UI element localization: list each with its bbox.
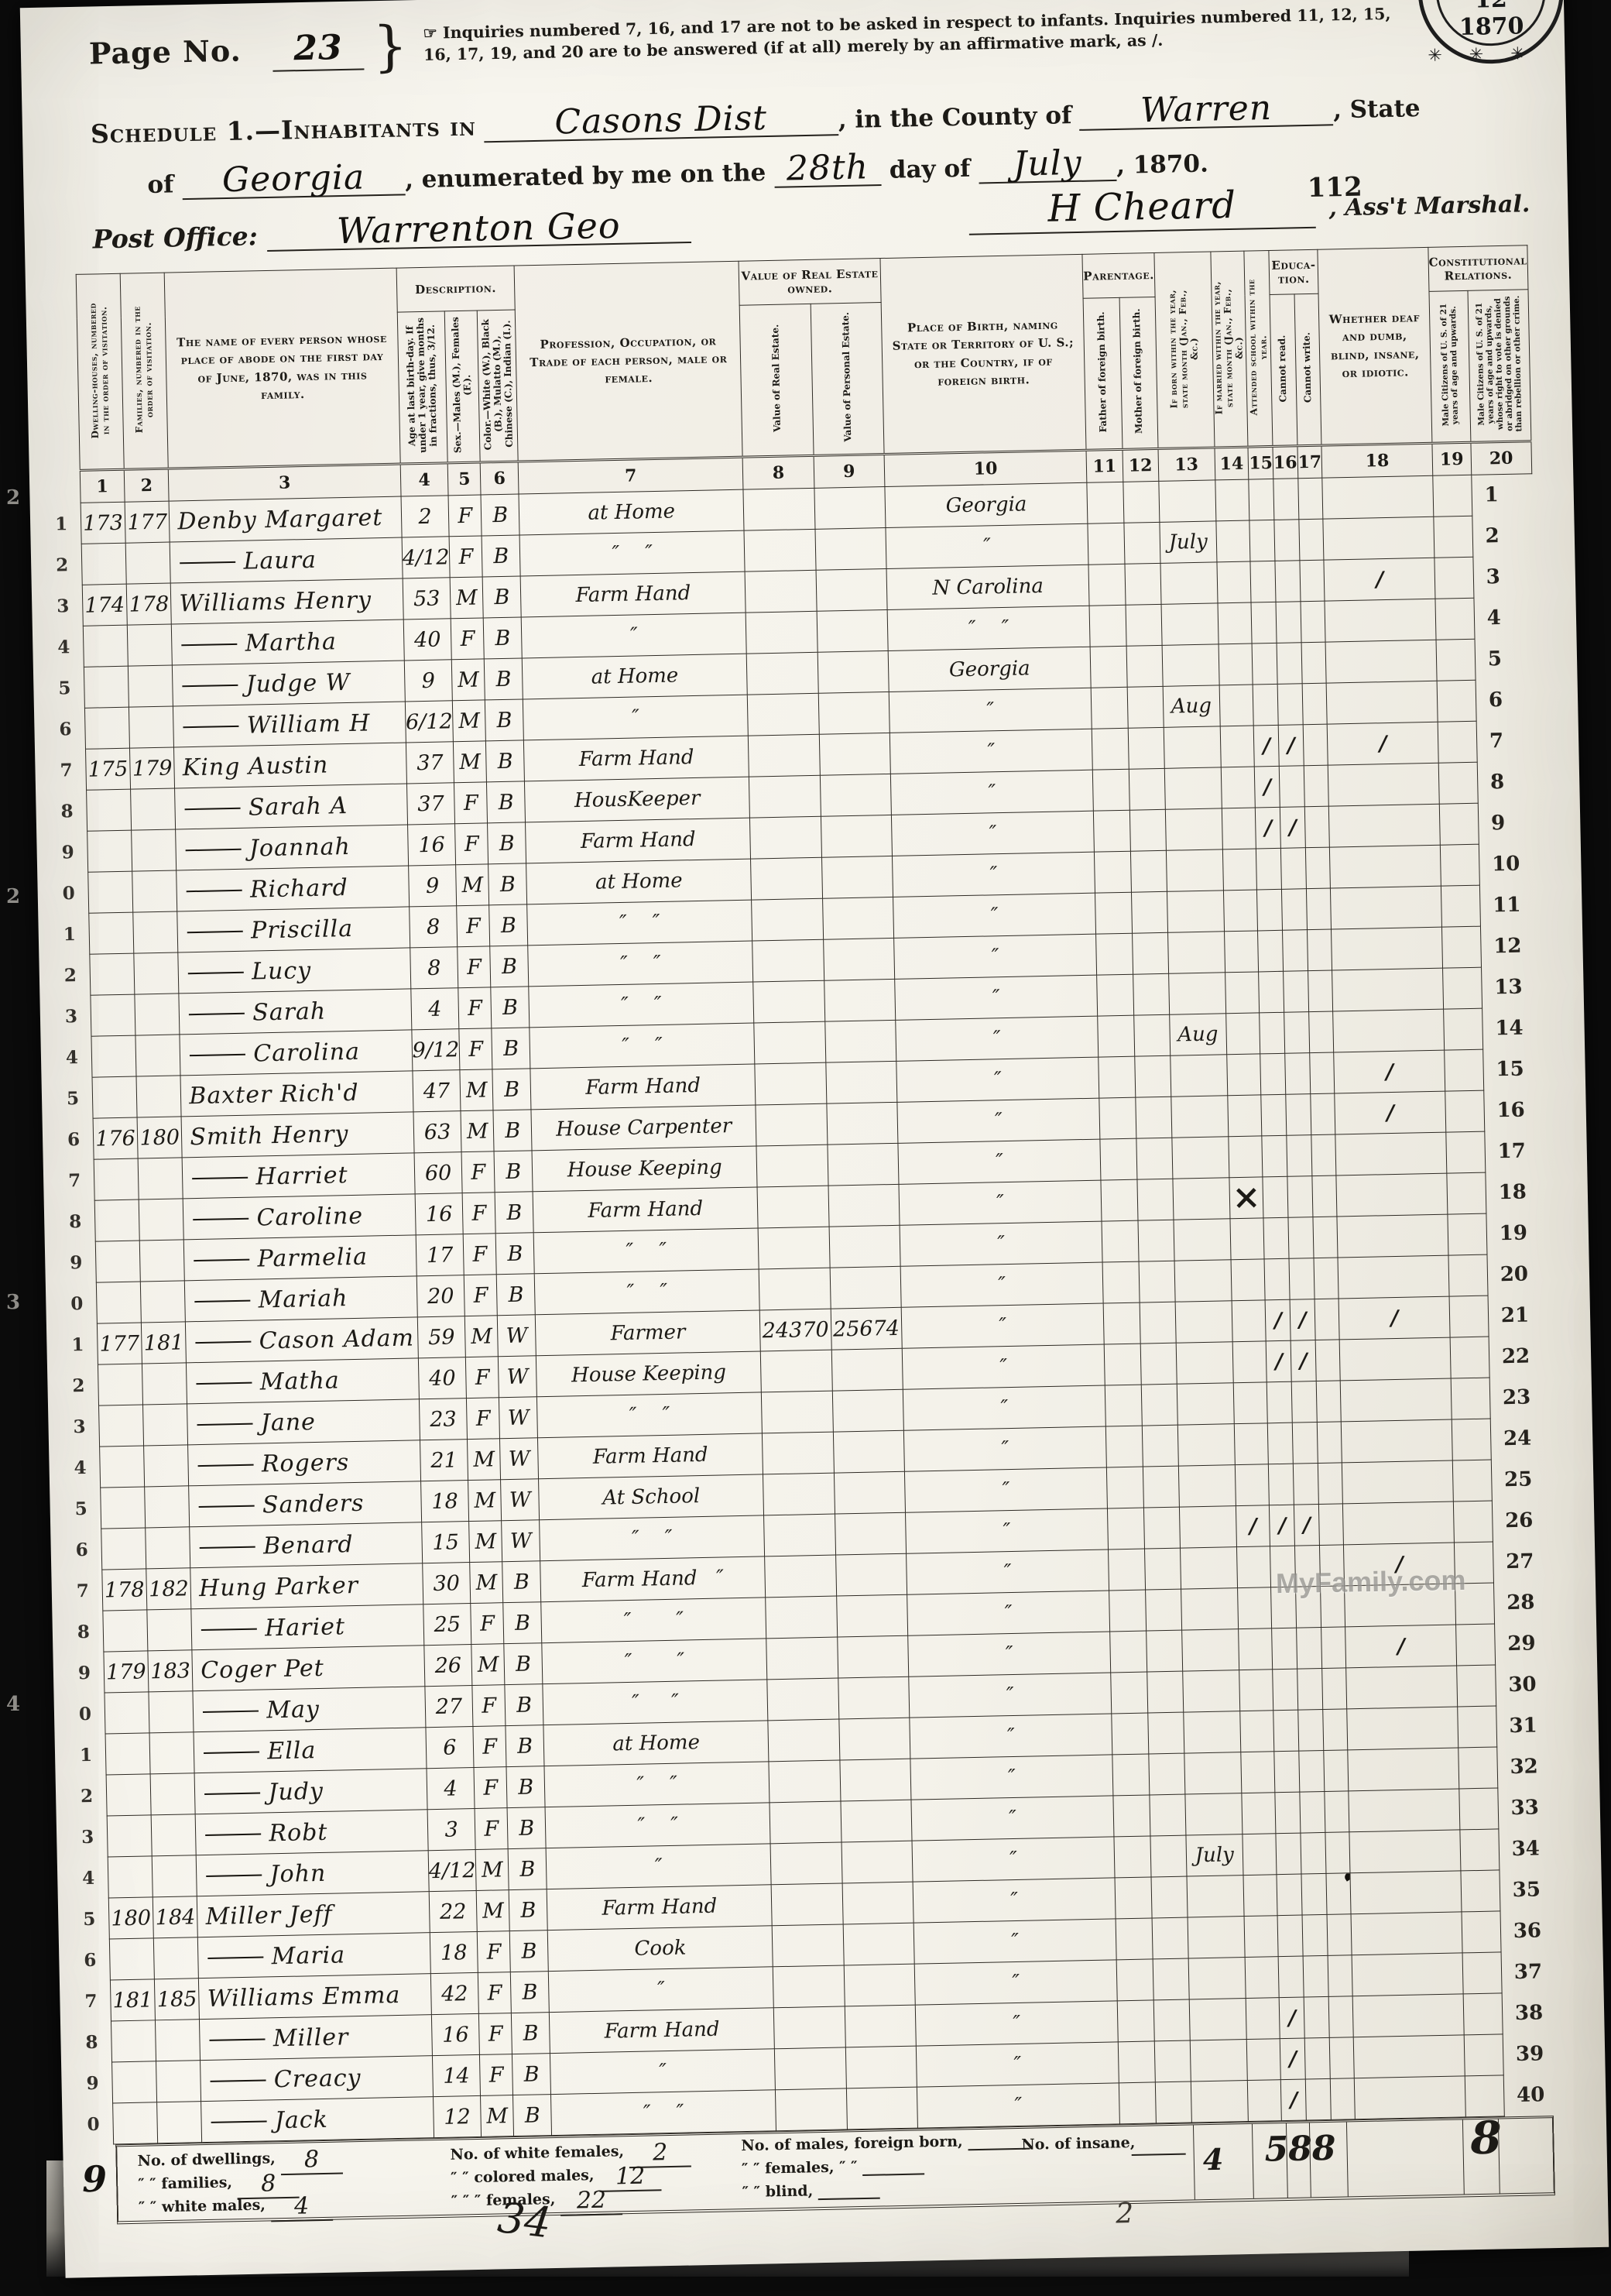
birthplace: ″ (900, 1221, 1102, 1266)
color: B (490, 946, 529, 987)
personal-estate-value (829, 1225, 900, 1268)
column-heading: Male Citizens of U. S. of 21 years of ag… (1475, 293, 1524, 434)
mother-foreign (1129, 809, 1166, 851)
row-number-right: 11 (1479, 884, 1541, 927)
name-cell: Hariet (191, 1604, 423, 1650)
vote-denied-cell (1449, 1296, 1489, 1337)
month-born (1183, 1670, 1240, 1712)
real-estate-value (772, 1924, 843, 1967)
cannot-write-mark: / (1280, 807, 1305, 849)
occupation: House Keeping (536, 1351, 762, 1397)
name-cell: Smith Henry (181, 1112, 413, 1158)
color: B (505, 1684, 543, 1726)
month-born (1165, 808, 1222, 850)
column-heading: Cannot write. (1302, 332, 1315, 403)
family-number (142, 1363, 187, 1405)
cannot-read-mark (1264, 1258, 1290, 1300)
name-cell: Baxter Rich'd (180, 1071, 413, 1117)
vote-denied-cell (1439, 803, 1479, 845)
cannot-read-mark (1268, 1423, 1294, 1464)
occupation: ″ ″ (545, 1803, 770, 1848)
dwelling-number (112, 2102, 157, 2144)
row-number-right: 38 (1502, 1992, 1563, 2034)
summary-label: ″ ″ females, ″ ″ (742, 2158, 858, 2178)
occupation: House Keeping (532, 1146, 757, 1192)
person-name: Maria (271, 1941, 345, 1970)
family-number (147, 1609, 192, 1651)
occupation: ″ (521, 613, 746, 658)
cannot-read-mark: / (1266, 1299, 1291, 1341)
occupation: ″ ″ (540, 1515, 765, 1561)
sex: F (454, 782, 488, 824)
father-foreign (1119, 2041, 1155, 2083)
cannot-write-mark (1289, 1258, 1315, 1300)
ditto-dash (207, 1875, 262, 1877)
real-estate-value (746, 611, 817, 654)
color: B (495, 1192, 533, 1234)
cannot-write-mark: / (1278, 725, 1304, 767)
deaf-dumb-cell (1328, 1996, 1354, 2038)
attended-school-mark (1244, 1916, 1279, 1958)
personal-estate-value (841, 1841, 913, 1883)
myfamily-watermark: MyFamily.com (1276, 1564, 1466, 1600)
occupation: Farm Hand (526, 818, 751, 863)
father-foreign (1111, 1672, 1147, 1714)
row-number-left: 6 (64, 1118, 94, 1160)
person-name: Matha (259, 1367, 340, 1395)
family-number: 183 (148, 1650, 193, 1692)
male-citizen-mark (1329, 804, 1441, 847)
column-number: 19 (1432, 442, 1472, 475)
cannot-read-mark (1260, 1012, 1285, 1054)
deaf-dumb-cell (1301, 642, 1327, 684)
sex: F (471, 1603, 504, 1645)
male-citizen-mark (1332, 968, 1444, 1011)
column-heading: Cannot read. (1277, 335, 1290, 402)
personal-estate-value (837, 1635, 908, 1678)
ditto-dash (204, 1752, 259, 1754)
ditto-dash (208, 1956, 264, 1958)
personal-estate-value (821, 856, 893, 898)
real-estate-value (762, 1391, 833, 1433)
cannot-write-mark (1277, 684, 1303, 726)
column-heading: Age at last birth-day. If under 1 year, … (405, 315, 440, 457)
age: 16 (415, 1193, 464, 1235)
row-number-right: 30 (1495, 1663, 1556, 1706)
personal-estate-value (822, 897, 893, 939)
sex: M (469, 1521, 502, 1563)
personal-estate-value (836, 1594, 907, 1637)
birthplace: ″ (899, 1180, 1102, 1225)
dwelling-number: 179 (104, 1651, 149, 1693)
male-citizen-mark (1323, 517, 1434, 560)
deaf-dumb-cell (1299, 519, 1325, 561)
row-number-left: 6 (56, 708, 85, 750)
real-estate-value (746, 652, 817, 695)
cannot-read-mark (1276, 1833, 1301, 1875)
row-number-right: 34 (1499, 1828, 1560, 1870)
male-citizen-mark (1335, 1132, 1447, 1175)
person-name: Miller Jeff (205, 1900, 333, 1930)
month-born (1174, 1219, 1231, 1261)
row-number-left: 1 (60, 913, 89, 955)
sex: M (452, 659, 485, 701)
personal-estate-value (817, 650, 889, 693)
summary-label: No. of dwellings, (137, 2150, 276, 2170)
vote-denied-cell (1447, 1172, 1486, 1214)
cannot-write-mark (1284, 1012, 1310, 1054)
age: 15 (421, 1522, 470, 1563)
mother-foreign (1135, 1097, 1171, 1138)
family-number: 179 (130, 747, 175, 789)
real-estate-value (766, 1637, 838, 1680)
person-name: May (266, 1695, 320, 1723)
mother-foreign (1125, 563, 1161, 605)
deaf-dumb-cell (1302, 683, 1328, 725)
personal-estate-value (818, 692, 889, 734)
cannot-read-mark (1257, 889, 1283, 931)
dwelling-number: 175 (85, 748, 130, 790)
row-number-right: 19 (1486, 1213, 1548, 1255)
month-born (1188, 1958, 1246, 1999)
row-number-right: 8 (1477, 761, 1538, 804)
row-number-left: 5 (80, 1898, 109, 1940)
color: B (503, 1602, 542, 1644)
sex: F (480, 2054, 513, 2096)
real-estate-value (752, 898, 823, 941)
dwelling-number: 177 (97, 1323, 142, 1364)
row-number-left: 4 (54, 626, 84, 668)
row-number-left: 5 (55, 667, 84, 709)
vote-denied-cell (1452, 1419, 1491, 1460)
dwelling-number (87, 830, 132, 872)
male-citizen-mark (1325, 640, 1437, 683)
male-citizen-mark: / (1335, 1091, 1446, 1134)
sex: F (455, 823, 488, 865)
dwelling-number (92, 1076, 137, 1118)
real-estate-value (773, 1965, 845, 2008)
male-citizen-mark (1338, 1255, 1449, 1299)
state-label: , State (1333, 94, 1421, 124)
column-number: 9 (814, 455, 885, 489)
personal-estate-value (835, 1512, 906, 1555)
name-cell: Mariah (185, 1276, 417, 1322)
cannot-write-mark (1298, 1709, 1324, 1751)
color: B (496, 1274, 535, 1316)
row-number-left: 5 (63, 1077, 93, 1119)
cannot-read-mark: / (1270, 1505, 1295, 1546)
vote-denied-cell (1461, 1870, 1500, 1912)
attended-school-mark (1233, 1382, 1268, 1424)
age: 53 (403, 578, 451, 619)
attended-school-mark (1243, 1834, 1277, 1876)
attended-school-mark (1226, 1054, 1261, 1096)
color: B (512, 2013, 550, 2054)
dwelling-number: 173 (81, 502, 125, 544)
county-value: Warren (1079, 91, 1334, 130)
color: B (495, 1233, 534, 1275)
row-number-right: 16 (1484, 1090, 1545, 1132)
cannot-write-mark: / (1291, 1340, 1316, 1382)
dwelling-number (94, 1199, 139, 1241)
month-born (1168, 973, 1225, 1014)
month-born (1185, 1793, 1243, 1835)
male-citizen-mark (1326, 681, 1438, 724)
dwelling-number (111, 2061, 156, 2103)
column-number: 15 (1248, 446, 1273, 479)
attended-school-mark (1245, 1957, 1280, 1999)
insane-label: No. of insane, (1021, 2134, 1135, 2154)
color: B (486, 740, 525, 782)
real-estate-value (749, 775, 821, 818)
name-cell: Denby Margaret (169, 496, 401, 542)
male-citizen-mark (1332, 927, 1443, 970)
summary-item: No. of males, foreign born, (741, 2132, 1030, 2155)
cannot-write-mark (1293, 1464, 1318, 1505)
occupation: ″ ″ (537, 1392, 763, 1438)
attended-school-mark (1230, 1218, 1265, 1260)
cannot-read-mark (1253, 643, 1278, 685)
color: B (487, 781, 526, 823)
column-number: 14 (1215, 447, 1249, 480)
age: 63 (413, 1111, 462, 1153)
footer-hw-4: 4 (1202, 2142, 1223, 2178)
father-foreign (1108, 1508, 1144, 1550)
family-number (127, 624, 172, 666)
sex: F (463, 1234, 496, 1275)
vote-denied-cell (1452, 1460, 1492, 1501)
dwelling-number: 178 (102, 1569, 147, 1611)
cannot-write-mark: / (1294, 1505, 1319, 1546)
row-number-left: 8 (74, 1611, 103, 1653)
vote-denied-cell (1456, 1624, 1496, 1666)
month-born (1189, 1999, 1246, 2040)
marshal-signature-block: H Cheard 112 , Ass't Marshal. (968, 177, 1530, 235)
attended-school-mark (1240, 1752, 1275, 1793)
ditto-dash (197, 1382, 252, 1385)
sex: M (454, 741, 487, 783)
cannot-write-mark (1287, 1135, 1312, 1177)
color: B (482, 576, 521, 618)
summary-label: ″ ″ white males, (139, 2197, 266, 2216)
census-form-page: Page No. 23 } ☞ Inquiries numbered 7, 16… (20, 0, 1609, 2278)
person-name: Sanders (262, 1489, 365, 1519)
name-cell: Maria (198, 1933, 430, 1979)
mother-foreign (1129, 768, 1165, 810)
attended-school-mark (1218, 602, 1253, 644)
form-instructions: ☞ Inquiries numbered 7, 16, and 17 are n… (423, 3, 1407, 66)
vote-denied-cell (1445, 1090, 1485, 1132)
male-citizen-mark: / (1339, 1296, 1450, 1340)
person-name: Joannah (249, 832, 351, 862)
month-born (1190, 2040, 1247, 2082)
real-estate-value (774, 2006, 845, 2049)
family-number (135, 1035, 180, 1076)
male-citizen-mark (1328, 763, 1440, 806)
row-number-right: 9 (1478, 802, 1539, 845)
birthplace: ″ (906, 1550, 1109, 1594)
dwelling-number: 181 (110, 1979, 155, 2021)
father-foreign (1102, 1261, 1139, 1303)
cannot-read-mark (1261, 1094, 1287, 1136)
deaf-dumb-cell (1298, 478, 1324, 520)
birthplace: Georgia (888, 647, 1091, 692)
month-born (1171, 1055, 1228, 1097)
birthplace: ″ ″ (887, 606, 1090, 650)
cannot-write-mark (1304, 1996, 1329, 2038)
age: 17 (416, 1234, 464, 1276)
real-estate-value (748, 693, 819, 736)
occupation: ″ ″ (542, 1639, 767, 1684)
cannot-read-mark (1269, 1464, 1294, 1505)
vote-denied-cell (1463, 1993, 1503, 2035)
cannot-write-mark (1297, 1668, 1323, 1710)
real-estate-value (749, 734, 820, 777)
occupation: at Home (526, 859, 752, 904)
sex: M (456, 864, 489, 906)
family-number (139, 1199, 183, 1241)
cannot-write-mark (1274, 520, 1300, 561)
occupation: ″ ″ (530, 1023, 755, 1069)
vote-denied-cell (1458, 1747, 1498, 1789)
month-born (1177, 1424, 1235, 1466)
name-cell: Williams Henry (171, 578, 403, 624)
vote-denied-cell (1444, 1008, 1483, 1050)
person-name: Creacy (274, 2064, 362, 2093)
age: 37 (406, 783, 455, 825)
month-born (1187, 1876, 1244, 1917)
ditto-dash (188, 972, 244, 974)
age: 27 (425, 1686, 474, 1728)
person-name: Lucy (252, 957, 312, 986)
census-rows: 1173177Denby Margaret2FBat HomeGeorgia12… (52, 473, 1606, 2145)
scan-edge-digit: 2 (6, 885, 20, 908)
family-number: 184 (153, 1896, 197, 1938)
family-number (129, 706, 174, 748)
birthplace: ″ (903, 1385, 1105, 1430)
birthplace: ″ (903, 1426, 1106, 1471)
cannot-write-mark (1299, 1750, 1325, 1792)
real-estate-value (776, 2088, 847, 2131)
mother-foreign (1132, 932, 1168, 974)
row-number-left: 1 (77, 1734, 106, 1776)
name-cell: May (193, 1687, 425, 1732)
real-estate-value (761, 1350, 832, 1392)
father-foreign (1109, 1590, 1146, 1632)
occupation: ″ ″ (543, 1680, 768, 1725)
deaf-dumb-cell (1323, 1750, 1349, 1792)
of-label: of (147, 170, 174, 199)
age: 9 (404, 660, 453, 702)
ditto-dash (187, 890, 242, 892)
mother-foreign (1151, 1876, 1188, 1918)
occupation: Farm Hand (524, 736, 749, 781)
month-born (1184, 1752, 1242, 1794)
family-number (156, 2020, 201, 2061)
bottom-squiggle: 2 (1116, 2198, 1134, 2229)
name-cell: Harriet (182, 1153, 414, 1199)
month-born: July (1186, 1834, 1243, 1876)
row-number-right: 21 (1488, 1295, 1549, 1337)
column-number: 10 (884, 450, 1087, 486)
real-estate-value (764, 1514, 835, 1556)
row-number-right: 10 (1479, 843, 1540, 886)
color: W (499, 1356, 537, 1398)
family-number (146, 1527, 190, 1569)
mother-foreign (1134, 1055, 1171, 1097)
ditto-dash (205, 1834, 261, 1836)
real-estate-value (756, 1103, 827, 1146)
color: B (509, 1930, 548, 1972)
sex: F (449, 536, 482, 578)
deaf-dumb-cell (1313, 1217, 1339, 1258)
cannot-read-mark (1275, 1792, 1301, 1834)
dwelling-number (94, 1158, 139, 1200)
cannot-read-mark: / (1280, 2038, 1306, 2080)
deaf-dumb-cell (1318, 1463, 1343, 1505)
attended-school-mark (1237, 1587, 1272, 1629)
enumerated-label: , enumerated by me on the (405, 159, 766, 194)
ditto-dash (186, 849, 242, 851)
ditto-dash (192, 1177, 248, 1179)
age: 20 (416, 1275, 465, 1317)
sex: F (473, 1726, 506, 1768)
census-table-wrap: Dwelling-houses, numbered in the order o… (47, 244, 1608, 2225)
color: B (483, 617, 522, 659)
color: W (502, 1520, 540, 1562)
sex: M (481, 2095, 514, 2137)
family-number (140, 1281, 185, 1323)
month-born (1162, 644, 1219, 686)
attended-school-mark (1224, 931, 1259, 973)
male-citizen-mark (1352, 1953, 1463, 1996)
occupation: Farm Hand (530, 1064, 756, 1110)
ditto-dash (197, 1423, 253, 1426)
age: 18 (420, 1481, 469, 1522)
real-estate-value (756, 1145, 828, 1187)
dwelling-number (107, 1815, 152, 1857)
row-number-right: 5 (1475, 638, 1536, 681)
personal-estate-value (834, 1471, 905, 1514)
row-number-left: 2 (69, 1364, 98, 1406)
real-estate-value (771, 1883, 842, 1926)
cannot-read-mark: / (1254, 725, 1280, 767)
occupation: ″ ″ (529, 982, 754, 1028)
sex: M (477, 1890, 510, 1932)
father-foreign (1116, 1918, 1152, 1960)
deaf-dumb-cell (1305, 847, 1331, 889)
cannot-write-mark (1301, 1832, 1326, 1874)
person-name: Miller (272, 2023, 348, 2052)
row-number-right: 32 (1497, 1745, 1558, 1788)
occupation: HousKeeper (525, 777, 750, 822)
footer-grid-line (1252, 2124, 1254, 2198)
sex: F (461, 1151, 495, 1193)
column-heading: Male Citizens of U. S. of 21 years of ag… (1439, 294, 1461, 435)
name-cell: Sanders (189, 1481, 421, 1527)
occupation: ″ (546, 1844, 771, 1889)
attended-school-mark (1215, 479, 1250, 521)
person-name: Judy (268, 1777, 324, 1805)
attended-school-mark (1232, 1341, 1267, 1383)
mother-foreign (1133, 1014, 1170, 1056)
row-number-left: 6 (72, 1529, 101, 1570)
male-citizen-mark (1347, 1707, 1458, 1750)
deaf-dumb-cell (1326, 1873, 1352, 1915)
color: B (509, 1889, 547, 1931)
vote-denied-cell (1435, 598, 1475, 640)
cannot-read-mark (1259, 971, 1284, 1013)
